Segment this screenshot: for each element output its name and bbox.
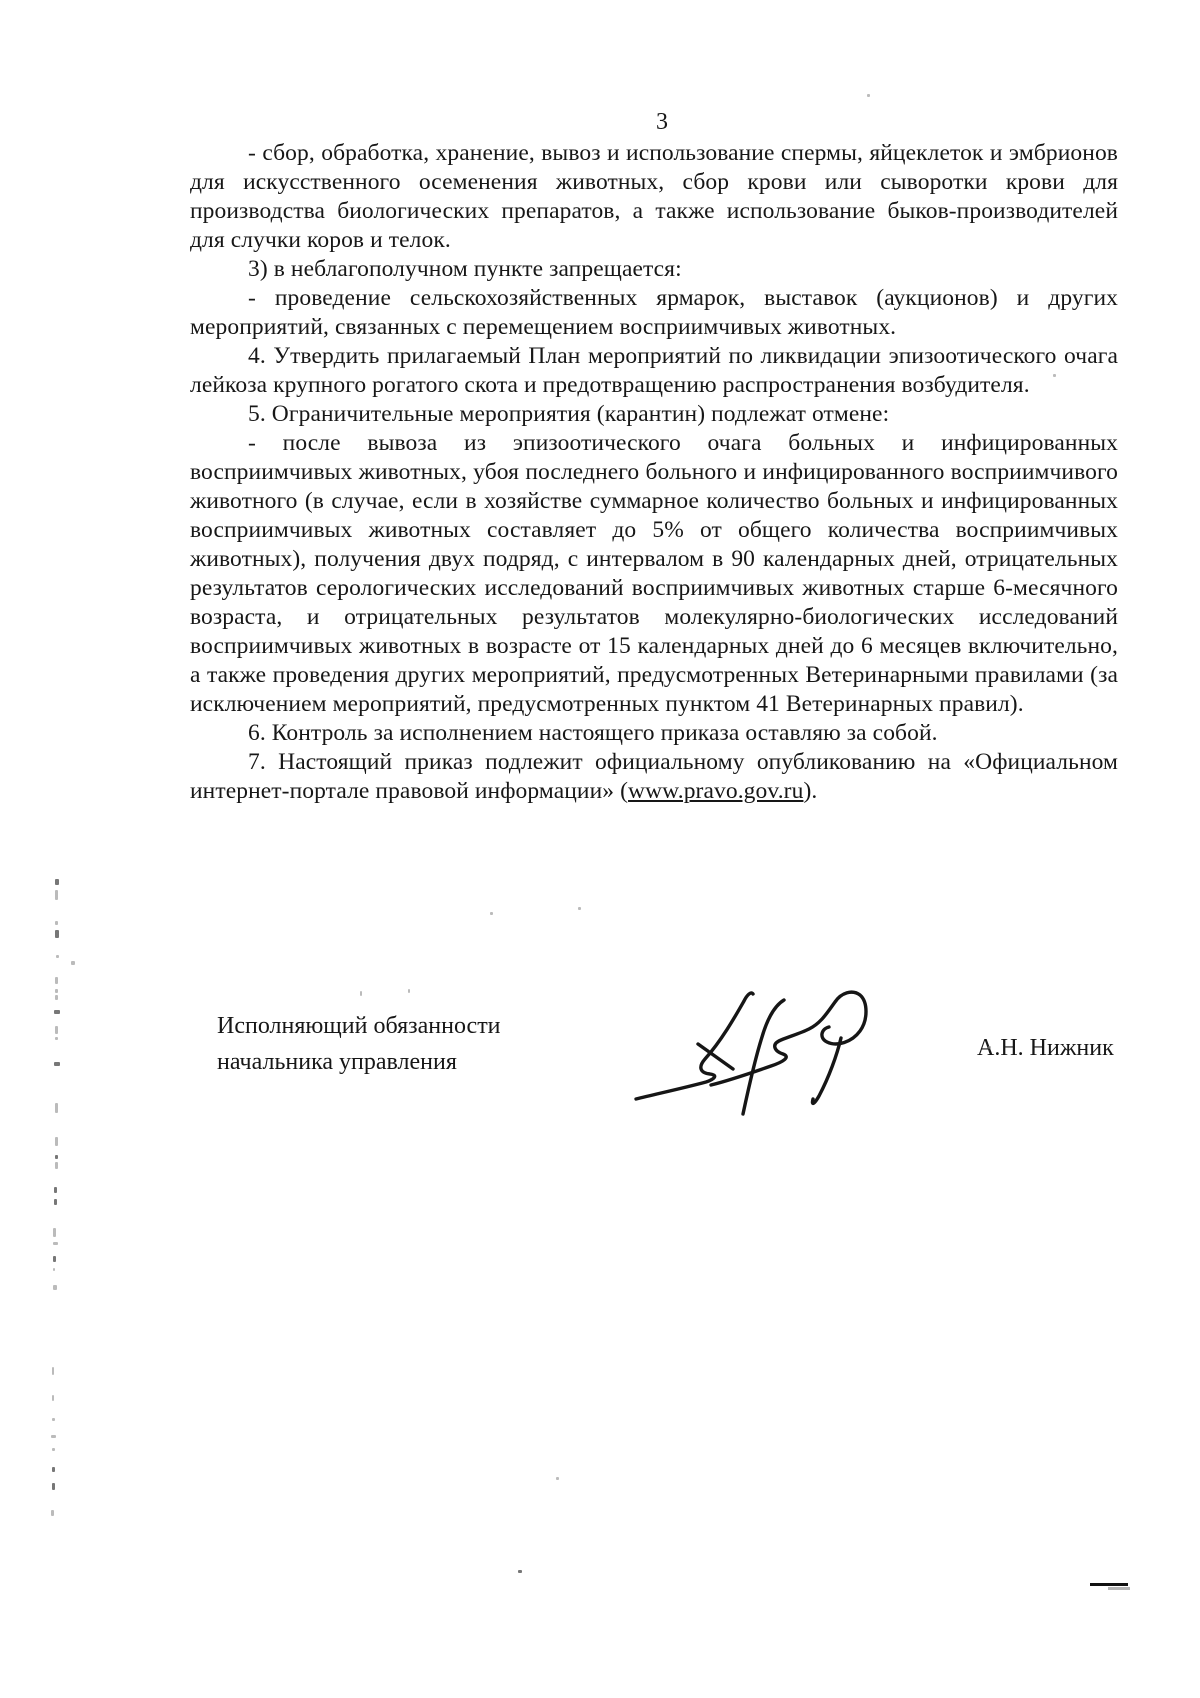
scan-speck bbox=[578, 907, 581, 910]
scan-speck bbox=[53, 1256, 56, 1262]
scan-speck bbox=[52, 1367, 54, 1375]
scan-speck bbox=[52, 1467, 55, 1472]
paragraph: 6. Контроль за исполнением настоящего пр… bbox=[190, 719, 1118, 748]
paragraph: 7. Настоящий приказ подлежит официальном… bbox=[190, 748, 1118, 806]
document-body: - сбор, обработка, хранение, вывоз и исп… bbox=[190, 139, 1118, 806]
scan-speck bbox=[52, 1418, 55, 1421]
scan-speck bbox=[55, 977, 58, 984]
scan-speck bbox=[52, 1448, 55, 1451]
scan-speck bbox=[54, 1010, 60, 1014]
scan-speck bbox=[54, 1187, 57, 1193]
scan-speck bbox=[51, 1510, 54, 1516]
scan-speck bbox=[408, 989, 410, 993]
scan-speck bbox=[54, 1199, 57, 1205]
scanned-document-page: 3 - сбор, обработка, хранение, вывоз и и… bbox=[0, 0, 1200, 1698]
scan-speck bbox=[55, 1162, 58, 1169]
scan-speck bbox=[54, 1062, 60, 1066]
page-number: 3 bbox=[656, 109, 668, 135]
scan-speck bbox=[71, 961, 75, 965]
paragraph: - сбор, обработка, хранение, вывоз и исп… bbox=[190, 139, 1118, 255]
scan-speck bbox=[360, 991, 362, 996]
scan-speck bbox=[52, 1395, 54, 1401]
scan-speck bbox=[56, 955, 59, 958]
scan-speck bbox=[55, 879, 59, 885]
scan-speck bbox=[52, 1483, 55, 1490]
scan-speck bbox=[490, 912, 493, 915]
signoff-position-line1: Исполняющий обязанности bbox=[217, 1008, 501, 1044]
signoff-position-line2: начальника управления bbox=[217, 1044, 501, 1080]
scan-speck bbox=[53, 1268, 55, 1271]
paragraph: - проведение сельскохозяйственных ярмаро… bbox=[190, 284, 1118, 342]
scan-speck bbox=[55, 921, 58, 925]
scan-speck bbox=[55, 1037, 58, 1040]
scan-speck bbox=[55, 930, 59, 938]
scan-speck bbox=[55, 1026, 58, 1034]
scan-speck bbox=[867, 94, 870, 97]
paragraph: 4. Утвердить прилагаемый План мероприяти… bbox=[190, 342, 1118, 400]
scan-smudge bbox=[1108, 1587, 1130, 1590]
scan-speck bbox=[51, 1435, 56, 1438]
scan-speck bbox=[518, 1570, 522, 1573]
paragraph-text: ). bbox=[803, 778, 817, 804]
scan-speck bbox=[53, 1228, 56, 1237]
scan-speck bbox=[556, 1477, 559, 1480]
signoff-name: А.Н. Нижник bbox=[977, 1034, 1114, 1062]
scan-speck bbox=[55, 995, 58, 1000]
scan-speck bbox=[53, 1285, 57, 1290]
scan-speck bbox=[55, 1155, 58, 1159]
handwritten-signature-icon bbox=[608, 978, 878, 1128]
scan-speck bbox=[988, 1046, 991, 1049]
scan-speck bbox=[55, 1137, 58, 1146]
scan-speck bbox=[55, 890, 58, 900]
pravo-gov-link: www.pravo.gov.ru bbox=[628, 778, 803, 804]
scan-speck bbox=[55, 989, 58, 993]
paragraph: 5. Ограничительные мероприятия (карантин… bbox=[190, 400, 1118, 429]
paragraph: 3) в неблагополучном пункте запрещается: bbox=[190, 255, 1118, 284]
signoff-position-title: Исполняющий обязанности начальника управ… bbox=[217, 1008, 501, 1080]
scan-speck bbox=[53, 1242, 58, 1245]
bottom-dash-mark bbox=[1090, 1583, 1128, 1586]
paragraph: - после вывоза из эпизоотического очага … bbox=[190, 429, 1118, 719]
scan-speck bbox=[1053, 374, 1056, 377]
scan-speck bbox=[55, 1103, 58, 1113]
